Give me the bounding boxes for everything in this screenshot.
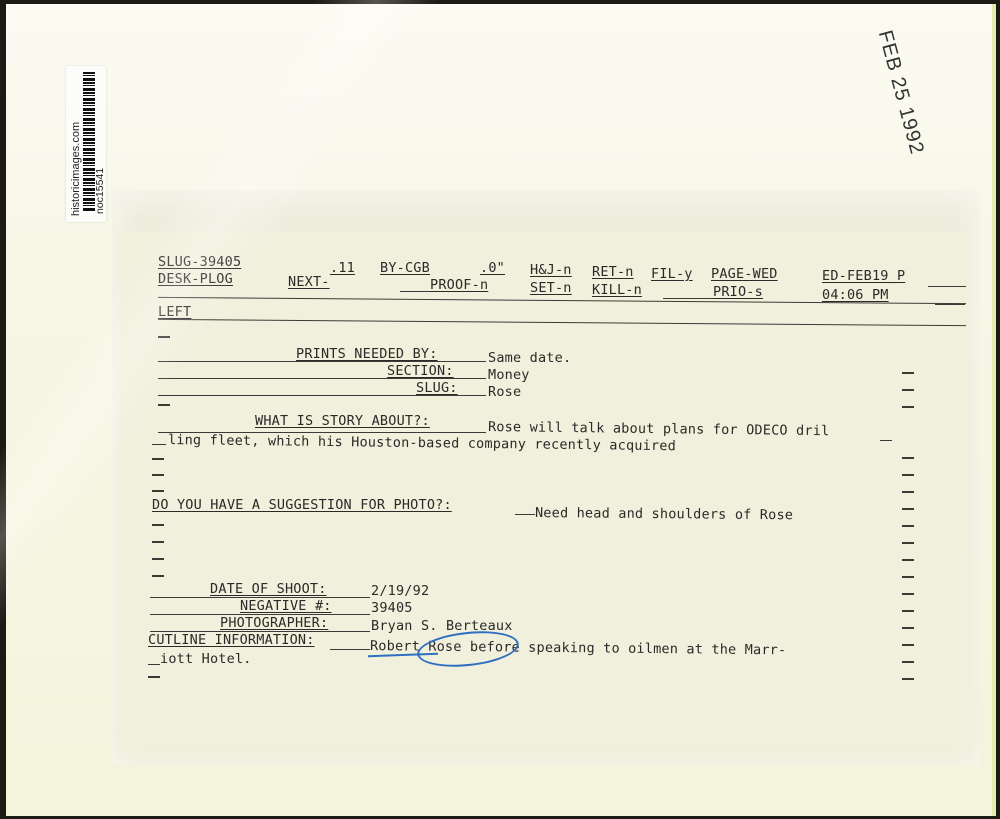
dash <box>902 559 914 561</box>
story-label: WHAT IS STORY ABOUT?: <box>255 413 430 429</box>
photo-request-sheet <box>120 232 970 750</box>
prints-needed-value: Same date. <box>488 350 571 366</box>
date-of-shoot-label: DATE OF SHOOT: <box>210 581 327 597</box>
slug-label: SLUG: <box>416 380 458 396</box>
dash <box>902 491 914 493</box>
archive-barcode-label: historicimages.com noc15541 <box>66 66 106 222</box>
dash <box>902 627 914 629</box>
rule <box>928 286 966 287</box>
negative-value: 39405 <box>371 600 413 616</box>
desk-field: DESK-PLOG <box>158 271 233 287</box>
story-length: .11 <box>330 260 355 276</box>
dash <box>902 661 914 663</box>
byline-code: BY-CGB <box>380 260 430 276</box>
next-field: NEXT- <box>288 274 330 290</box>
rule <box>400 291 430 292</box>
dash <box>152 524 164 526</box>
dash <box>902 525 914 527</box>
dash <box>152 490 164 492</box>
archive-code-text: noc15541 <box>94 168 106 214</box>
rule <box>330 649 370 650</box>
section-value: Money <box>488 367 530 383</box>
dash <box>902 372 914 374</box>
dash <box>152 474 164 476</box>
dash <box>148 676 160 678</box>
fil-flag: FIL-y <box>651 266 693 282</box>
set-flag: SET-n <box>530 280 572 296</box>
dash <box>902 610 914 612</box>
rule <box>880 440 892 441</box>
left-field: LEFT <box>158 304 191 320</box>
dash <box>902 389 914 391</box>
slug-value: Rose <box>488 384 521 400</box>
page-field: PAGE-WED <box>711 266 778 282</box>
dash <box>152 541 164 543</box>
dash <box>902 678 914 680</box>
dash <box>902 576 914 578</box>
cutline-label: CUTLINE INFORMATION: <box>148 632 315 648</box>
dash <box>158 336 170 338</box>
hj-flag: H&J-n <box>530 262 572 278</box>
cutline-value-line2: iott Hotel. <box>160 651 252 667</box>
dash <box>152 558 164 560</box>
section-label: SECTION: <box>387 363 454 379</box>
priority-flag: PRIO-s <box>713 284 763 300</box>
inches-value: .0" <box>480 260 505 276</box>
suggestion-label: DO YOU HAVE A SUGGESTION FOR PHOTO?: <box>152 497 452 513</box>
suggestion-value: Need head and shoulders of Rose <box>535 505 793 523</box>
dash <box>152 575 164 577</box>
dash <box>902 542 914 544</box>
dash <box>902 644 914 646</box>
dash <box>902 474 914 476</box>
dash <box>902 508 914 510</box>
date-of-shoot-value: 2/19/92 <box>371 583 429 599</box>
proof-flag: PROOF-n <box>430 277 488 293</box>
slug-code: SLUG-39405 <box>158 254 241 270</box>
dash <box>902 457 914 459</box>
rule <box>515 514 535 515</box>
dash <box>902 593 914 595</box>
kill-flag: KILL-n <box>592 282 642 298</box>
negative-label: NEGATIVE #: <box>240 598 332 614</box>
dash <box>158 404 170 406</box>
time-field: 04:06 PM <box>822 287 889 303</box>
archive-site-text: historicimages.com <box>70 122 82 216</box>
rule <box>148 664 160 665</box>
rule <box>152 444 166 445</box>
rule <box>935 304 965 305</box>
ret-flag: RET-n <box>592 264 634 280</box>
prints-needed-label: PRINTS NEEDED BY: <box>296 346 438 362</box>
rule <box>663 298 713 299</box>
edition-field: ED-FEB19_P <box>822 268 905 284</box>
dash <box>152 458 164 460</box>
photographer-label: PHOTOGRAPHER: <box>220 615 328 631</box>
dash <box>902 406 914 408</box>
